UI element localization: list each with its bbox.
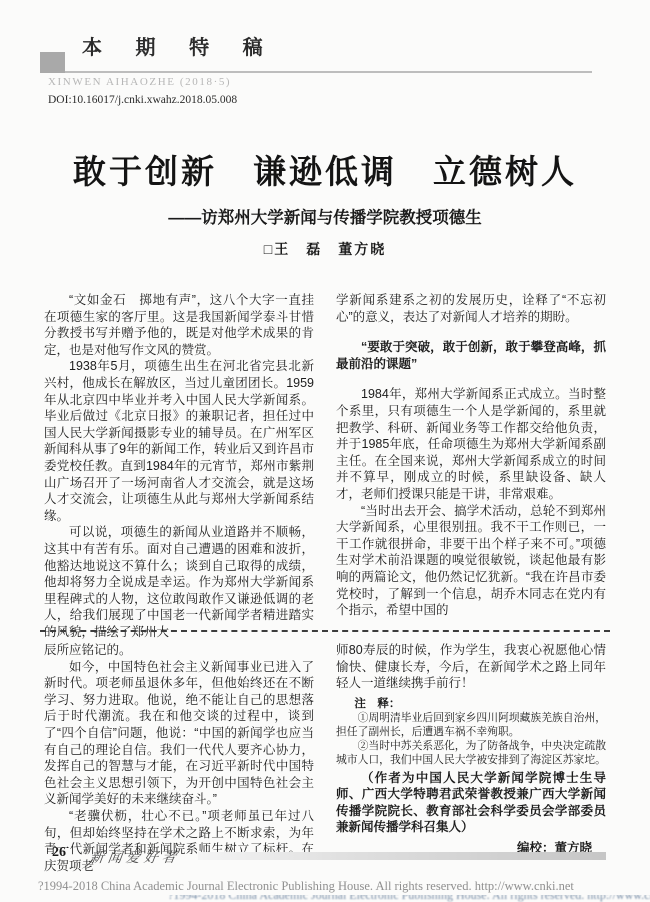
journal-code: XINWEN AIHAOZHE (2018·5) (48, 76, 231, 88)
doi-line: DOI:10.16017/j.cnki.xwahz.2018.05.008 (48, 94, 237, 106)
paragraph-continuation: 辰所应铭记的。 (44, 642, 314, 659)
cutoff-scan-artifact: ?1994-2018 China Academic Journal Electr… (0, 895, 650, 902)
pull-quote-heading: “要敢于突破，敢于创新，敢于攀登高峰，抓最前沿的课题” (336, 339, 606, 372)
paragraph: “老骥伏枥，壮心不已。”项老师虽已年过八旬，但却始终坚持在学术之路上不断求索，为… (44, 808, 314, 874)
header-rule (65, 71, 592, 73)
cutoff-text: ?1994-2018 China Academic Journal Electr… (0, 895, 650, 902)
copyright-line: ?1994-2018 China Academic Journal Electr… (38, 879, 598, 894)
left-column-bottom: 辰所应铭记的。 如今，中国特色社会主义新闻事业已进入了新时代。项老师虽退休多年，… (44, 642, 314, 874)
paragraph: “当时出去开会、搞学术活动，总轮不到郑州大学新闻系，心里很别扭。我不干工作则已，… (336, 503, 606, 619)
notes-label: 注 释： (336, 696, 606, 713)
note-item: ②当时中苏关系恶化，为了防备战争，中央决定疏散城市人口，我们中国人民大学被安排到… (336, 740, 606, 768)
paragraph: 1984年，郑州大学新闻系正式成立。当时整个系里，只有项德生一个人是学新闻的，系… (336, 386, 606, 502)
paragraph-continuation: 学新闻系建系之初的发展历史，诠释了“不忘初心”的意义，表达了对新闻人才培养的期盼… (336, 292, 606, 325)
body-top-section: “文如金石 掷地有声”，这八个大字一直挂在项德生家的客厅里。这是我国新闻学泰斗甘… (44, 292, 606, 640)
section-label: 本 期 特 稿 (82, 31, 277, 60)
author-bio: （作者为中国人民大学新闻学院博士生导师、广西大学特聘君武荣誉教授兼广西大学新闻传… (336, 770, 606, 836)
journal-page: 本 期 特 稿 XINWEN AIHAOZHE (2018·5) DOI:10.… (0, 0, 650, 902)
dashed-divider (40, 630, 610, 632)
page-number: 26 (52, 845, 66, 861)
paragraph: 1938年5月，项德生出生在河北省完县北新兴村，他成长在解放区，当过儿童团团长。… (44, 358, 314, 524)
section-tag-square (40, 52, 65, 73)
article-subtitle: ——访郑州大学新闻与传播学院教授项德生 (0, 204, 650, 228)
paragraph: “文如金石 掷地有声”，这八个大字一直挂在项德生家的客厅里。这是我国新闻学泰斗甘… (44, 292, 314, 358)
note-item: ①周明清毕业后回到家乡四川阿坝藏族羌族自治州，担任了副州长，后遭遇车祸不幸殉职。 (336, 712, 606, 740)
article-authors: □王 磊 董方晓 (0, 239, 650, 259)
right-column-top: 学新闻系建系之初的发展历史，诠释了“不忘初心”的意义，表达了对新闻人才培养的期盼… (336, 292, 606, 640)
journal-logo: 新闻爱好者 (89, 847, 182, 867)
right-column-bottom: 师80寿辰的时候，作为学生，我衷心祝愿他心情愉快、健康长寿，今后，在新闻学术之路… (336, 642, 606, 874)
footer-gradient-bar (198, 852, 606, 860)
article-title: 敢于创新 谦逊低调 立德树人 (0, 146, 650, 193)
paragraph-continuation: 师80寿辰的时候，作为学生，我衷心祝愿他心情愉快、健康长寿，今后，在新闻学术之路… (336, 642, 606, 692)
left-column-top: “文如金石 掷地有声”，这八个大字一直挂在项德生家的客厅里。这是我国新闻学泰斗甘… (44, 292, 314, 640)
paragraph: 如今，中国特色社会主义新闻事业已进入了新时代。项老师虽退休多年，但他始终还在不断… (44, 659, 314, 808)
paragraph: 可以说，项德生的新闻从业道路并不顺畅，这其中有苦有乐。面对自己遭遇的困难和波折，… (44, 524, 314, 640)
body-bottom-section: 辰所应铭记的。 如今，中国特色社会主义新闻事业已进入了新时代。项老师虽退休多年，… (44, 642, 606, 874)
